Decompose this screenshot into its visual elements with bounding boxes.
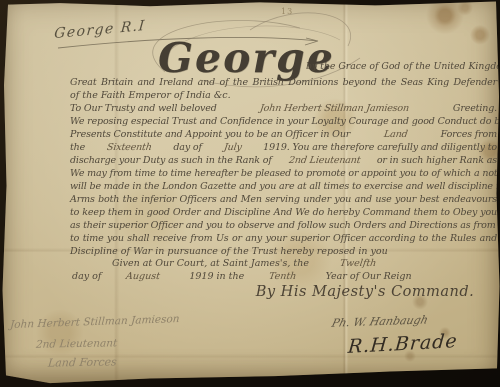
- forces-from-label: Forces from: [441, 129, 497, 140]
- rank-entry: 2nd Lieutenant: [288, 155, 361, 166]
- rank-line: discharge your Duty as such in the Rank …: [70, 155, 497, 166]
- given-at-court-line: Given at Our Court, at Saint James's, th…: [112, 258, 376, 269]
- war-office-signature-1: Ph. W. Hanbaugh: [330, 313, 429, 329]
- photo-backdrop: George R.I 13 George by the Grace of God…: [0, 0, 500, 387]
- year-of-reign-label: Year of Our Reign: [326, 271, 412, 282]
- commission-month-entry: July: [223, 142, 242, 153]
- royal-signature: George R.I: [53, 18, 146, 42]
- given-label: Given at Our Court, at Saint James's, th…: [112, 258, 309, 269]
- day-of-label: day of: [173, 142, 201, 153]
- body-line-discipline-of-war: Discipline of War in pursuance of the Tr…: [70, 246, 388, 257]
- body-line-superior-officer: as their superior Officer and you to obs…: [70, 220, 497, 231]
- body-line-great-britain: Great Britain and Ireland and of the Bri…: [70, 77, 497, 88]
- trusty-line: To Our Trusty and well beloved John Herb…: [70, 103, 497, 114]
- body-line-promote: We may from time to time hereafter be pl…: [70, 168, 497, 179]
- document-title-george: George: [158, 34, 335, 82]
- the-label: the: [70, 142, 85, 153]
- reign-year-line: day of August 1919 in the Tenth Year of …: [72, 271, 412, 282]
- day-of-label-2: day of: [72, 271, 101, 282]
- year-in-the-label: 1919 in the: [189, 271, 244, 282]
- body-line-faith-emperor: of the Faith Emperor of India &c.: [70, 90, 231, 101]
- by-command-line: By His Majesty's Command.: [255, 284, 475, 300]
- body-line-arms-officers: Arms both the inferior Officers and Men …: [70, 194, 497, 205]
- discharge-duty-label: discharge your Duty as such in the Rank …: [70, 155, 272, 166]
- commission-day-entry: Sixteenth: [106, 142, 152, 153]
- presents-label: Presents Constitute and Appoint you to b…: [70, 129, 350, 140]
- body-line-london-gazette: will be made in the London Gazette and y…: [70, 181, 497, 192]
- body-line-reposing-trust: We reposing especial Trust and Confidenc…: [70, 116, 497, 127]
- given-day-entry: Twelfth: [339, 258, 377, 269]
- war-office-signature-2: R.H.Brade: [347, 330, 459, 358]
- commission-date-line: the Sixteenth day of July 1919. You are …: [70, 142, 497, 153]
- arm-entry: Land: [383, 129, 408, 140]
- by-grace-line: by the Grace of God of the United Kingdo…: [306, 61, 498, 72]
- body-line-order-discipline: to keep them in good Order and Disciplin…: [70, 207, 497, 218]
- docket-service: Land Forces: [47, 355, 117, 369]
- greeting-label: Greeting.: [453, 103, 497, 114]
- page-number-stamp: 13: [281, 7, 293, 16]
- officer-name-entry: John Herbert Stillman Jamieson: [260, 103, 410, 114]
- body-line-receive-orders: to time you shall receive from Us or any…: [70, 233, 497, 244]
- presents-line: Presents Constitute and Appoint you to b…: [70, 129, 497, 140]
- reign-year-entry: Tenth: [269, 271, 298, 282]
- docket-rank: 2nd Lieutenant: [35, 337, 117, 350]
- therefore-label: 1919. You are therefore carefully and di…: [263, 142, 497, 153]
- given-month-entry: August: [126, 271, 161, 282]
- docket-officer-name: John Herbert Stillman Jamieson: [10, 313, 180, 331]
- trusty-label: To Our Trusty and well beloved: [70, 103, 217, 114]
- higher-rank-label: or in such higher Rank as: [377, 155, 497, 166]
- commission-document: George R.I 13 George by the Grace of God…: [0, 0, 500, 387]
